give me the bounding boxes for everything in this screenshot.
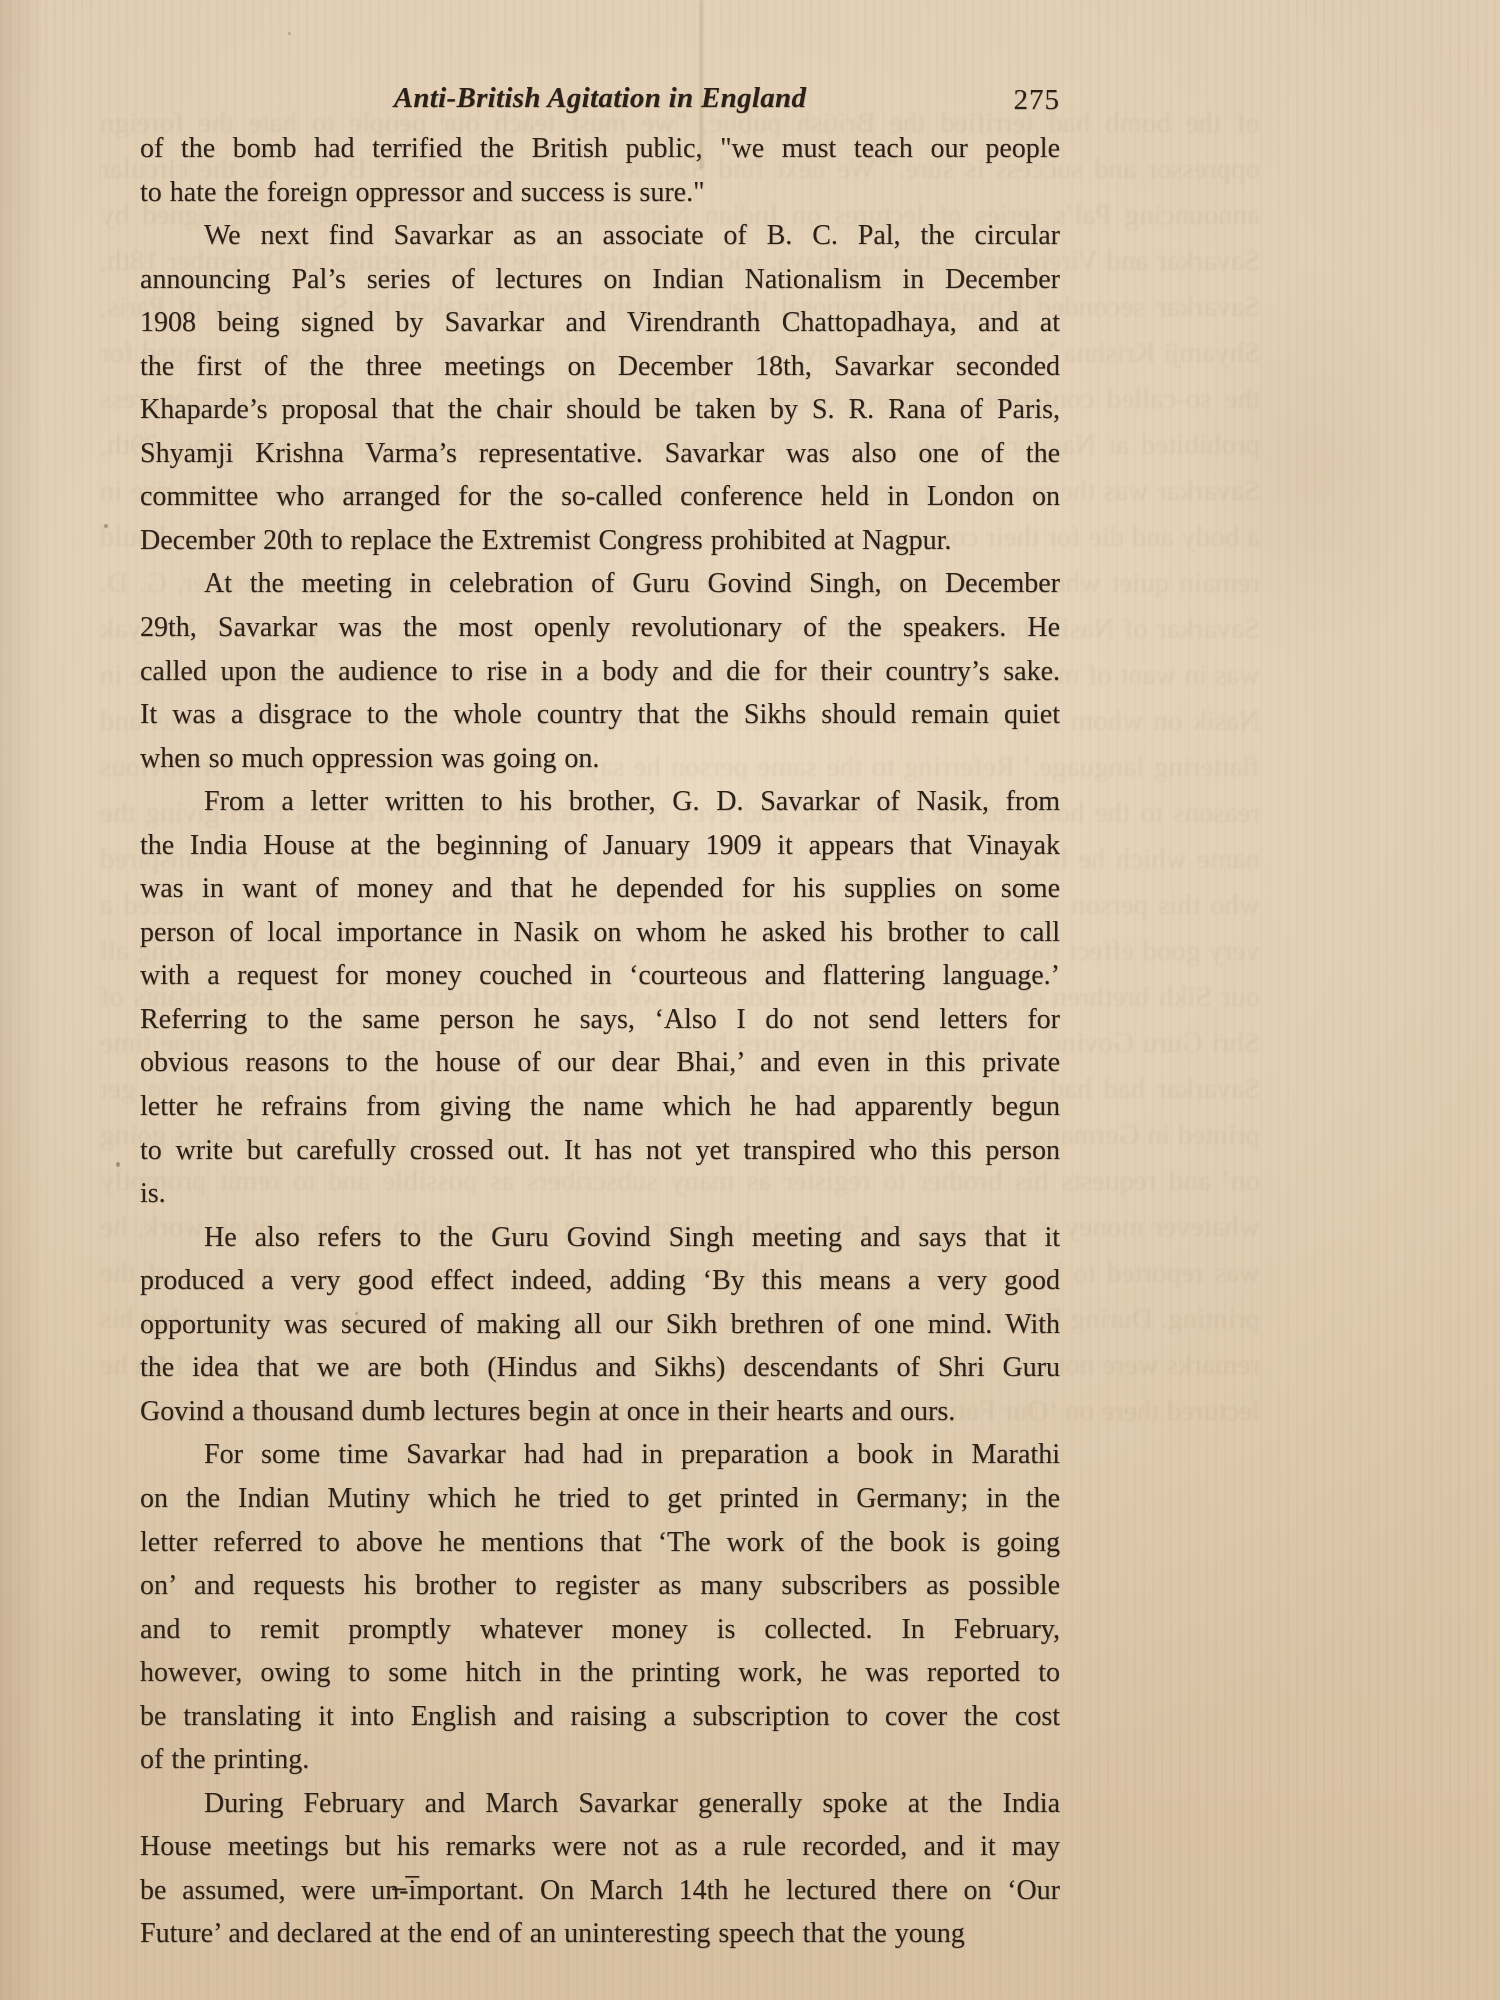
text-line: Govind a thousand dumb lectures begin at… [140, 1390, 1060, 1434]
text-line: Referring to the same person he says, ‘A… [140, 998, 1060, 1042]
text-line: with a request for money couched in ‘cou… [140, 954, 1060, 998]
text-line: obvious reasons to the house of our dear… [140, 1041, 1060, 1085]
text-line: It was a disgrace to the whole country t… [140, 693, 1060, 737]
text-line: is. [140, 1172, 1060, 1216]
ink-speck [104, 524, 108, 528]
text-line: 1908 being signed by Savarkar and Virend… [140, 301, 1060, 345]
text-line: December 20th to replace the Extremist C… [140, 519, 1060, 563]
text-line: We next find Savarkar as an associate of… [140, 214, 1060, 258]
text-line: be translating it into English and raisi… [140, 1695, 1060, 1739]
text-line: He also refers to the Guru Govind Singh … [140, 1216, 1060, 1260]
text-line: announcing Pal’s series of lectures on I… [140, 258, 1060, 302]
running-header-title: Anti-British Agitation in England [394, 82, 807, 114]
text-line: At the meeting in celebration of Guru Go… [140, 562, 1060, 606]
ink-speck [288, 32, 291, 35]
text-line: person of local importance in Nasik on w… [140, 911, 1060, 955]
body-text: of the bomb had terrified the British pu… [140, 127, 1060, 1956]
text-line: to hate the foreign oppressor and succes… [140, 171, 1060, 215]
running-header: Anti-British Agitation in England 275 [140, 82, 1060, 115]
text-line: For some time Savarkar had had in prepar… [140, 1433, 1060, 1477]
text-line: on’ and requests his brother to register… [140, 1564, 1060, 1608]
text-line: on the Indian Mutiny which he tried to g… [140, 1477, 1060, 1521]
paper-stain [1180, 260, 1440, 680]
text-line: of the printing. [140, 1738, 1060, 1782]
scanned-page: Anti-British Agitation in England 275 of… [0, 0, 1500, 2000]
text-line: to write but carefully crossed out. It h… [140, 1129, 1060, 1173]
text-line: Shyamji Krishna Varma’s representative. … [140, 432, 1060, 476]
text-line: 29th, Savarkar was the most openly revol… [140, 606, 1060, 650]
text-line: opportunity was secured of making all ou… [140, 1303, 1060, 1347]
text-line: the India House at the beginning of Janu… [140, 824, 1060, 868]
text-line: the idea that we are both (Hindus and Si… [140, 1346, 1060, 1390]
text-line: Future’ and declared at the end of an un… [140, 1912, 1060, 1956]
text-line: During February and March Savarkar gener… [140, 1782, 1060, 1826]
text-line: From a letter written to his brother, G.… [140, 780, 1060, 824]
text-line: letter he refrains from giving the name … [140, 1085, 1060, 1129]
text-line: committee who arranged for the so-called… [140, 475, 1060, 519]
page-number: 275 [1014, 84, 1061, 117]
text-line: House meetings but his remarks were not … [140, 1825, 1060, 1869]
text-line: Khaparde’s proposal that the chair shoul… [140, 388, 1060, 432]
ink-speck [355, 1312, 358, 1315]
text-line: of the bomb had terrified the British pu… [140, 127, 1060, 171]
text-line: called upon the audience to rise in a bo… [140, 650, 1060, 694]
paper-fold-line [700, 0, 702, 170]
text-line: when so much oppression was going on. [140, 737, 1060, 781]
text-line: letter referred to above he mentions tha… [140, 1521, 1060, 1565]
text-line: produced a very good effect indeed, addi… [140, 1259, 1060, 1303]
text-line: and to remit promptly whatever money is … [140, 1608, 1060, 1652]
ink-speck [116, 1162, 120, 1167]
text-line: be assumed, were un̶-i̅mportant. On Marc… [140, 1869, 1060, 1913]
text-line: the first of the three meetings on Decem… [140, 345, 1060, 389]
text-line: was in want of money and that he depende… [140, 867, 1060, 911]
text-line: however, owing to some hitch in the prin… [140, 1651, 1060, 1695]
